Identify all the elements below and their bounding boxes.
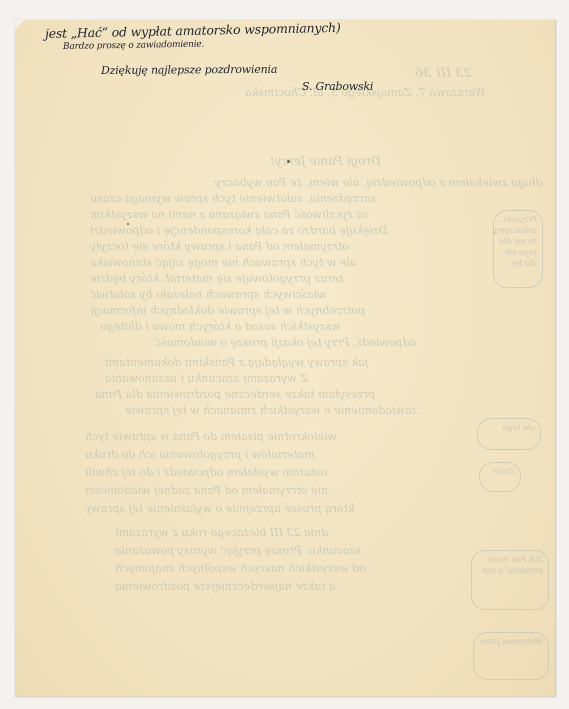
bleed-line: odpowiedź. Przy tej okazji proszę o wiad… [155,336,416,349]
bleed-line: przesyłam także serdeczne pozdrowienia d… [95,388,375,401]
bleed-line: zawiadomienie o wszystkich zmianach w te… [125,404,417,417]
bleed-line: szacunku. Proszę przyjąć wyrazy poważani… [115,544,361,557]
handwritten-line-1: jest „Hać” od wypłat amatorsko wspomnian… [45,20,341,41]
paper-speck [287,160,290,163]
bleed-line: ostatnio wysłałem odpowiedź i do tej chw… [85,466,327,479]
bleed-margin-note: Zbiór [479,462,521,492]
bleed-line: nie otrzymałem od Pana żadnej wiadomości [85,484,328,497]
handwritten-line-2: Bardzo proszę o zawiadomienie. [63,40,204,52]
bleed-line: materiałów i przygotowania ich do druku [85,448,315,461]
bleed-line: wszystkich zasad o których mowa i dlateg… [100,320,340,333]
bleed-line: teraz przygotowuje się materiał, który b… [90,272,343,285]
bleed-line: potrzebnych w tej sprawie dokładnych inf… [90,304,365,317]
handwritten-line-3: Dziękuję najlepsze pozdrowienia [101,63,277,77]
paper-speck [127,223,129,225]
bleed-margin-note: ale tego [477,418,541,450]
bleed-margin-note: Tak Pan może pamiętać o nas [471,550,549,610]
bleed-line: właściwych sprawach należało by załatwić [90,288,327,301]
bleed-line: którą proszę uprzejmie o wyjaśnienie tej… [85,502,355,515]
paper-corner [15,20,25,30]
signature: S. Grabowski [302,80,373,93]
bleed-line: długo zwlekałem z odpowiedzią, ale wiem,… [215,176,543,189]
bleed-line: za życzliwość Pana związana z nami na ws… [90,208,369,221]
bleed-line: Z wyrazami szacunku i uszanowania [105,372,308,385]
bleed-margin-note: Warszawa Jutro [473,632,549,680]
letter-paper: 23 III 36 Warszawa 7, Zamojskiego 5, ul.… [15,20,556,697]
bleed-line: Dziękuję bardzo za całą korespondencję i… [90,224,388,237]
bleed-margin-note: Przyszło, zobaczymy, to nie dla tego ale… [493,210,543,288]
bleed-line: ale w tych sprawach nie mogę zająć stano… [90,256,356,269]
bleed-line: od wszystkich naszych wspólnych znajomyc… [115,562,366,575]
bleed-line: jak sprawy wyglądają z Pańskimi dokument… [105,356,368,369]
bleed-line: otrzymałem od Pana i sprawy które się to… [90,240,349,253]
bleed-line: dnia 23 III bieżącego roku z wyrazami [115,526,328,539]
bleed-date: 23 III 36 [415,66,472,81]
bleed-line: zarządzenia, załatwienie tych spraw wyma… [90,192,376,205]
bleed-line: a także najserdeczniejsze pozdrowienia [115,580,335,593]
bleed-line: wielokrotnie pisałem do Pana w sprawie t… [85,430,337,443]
